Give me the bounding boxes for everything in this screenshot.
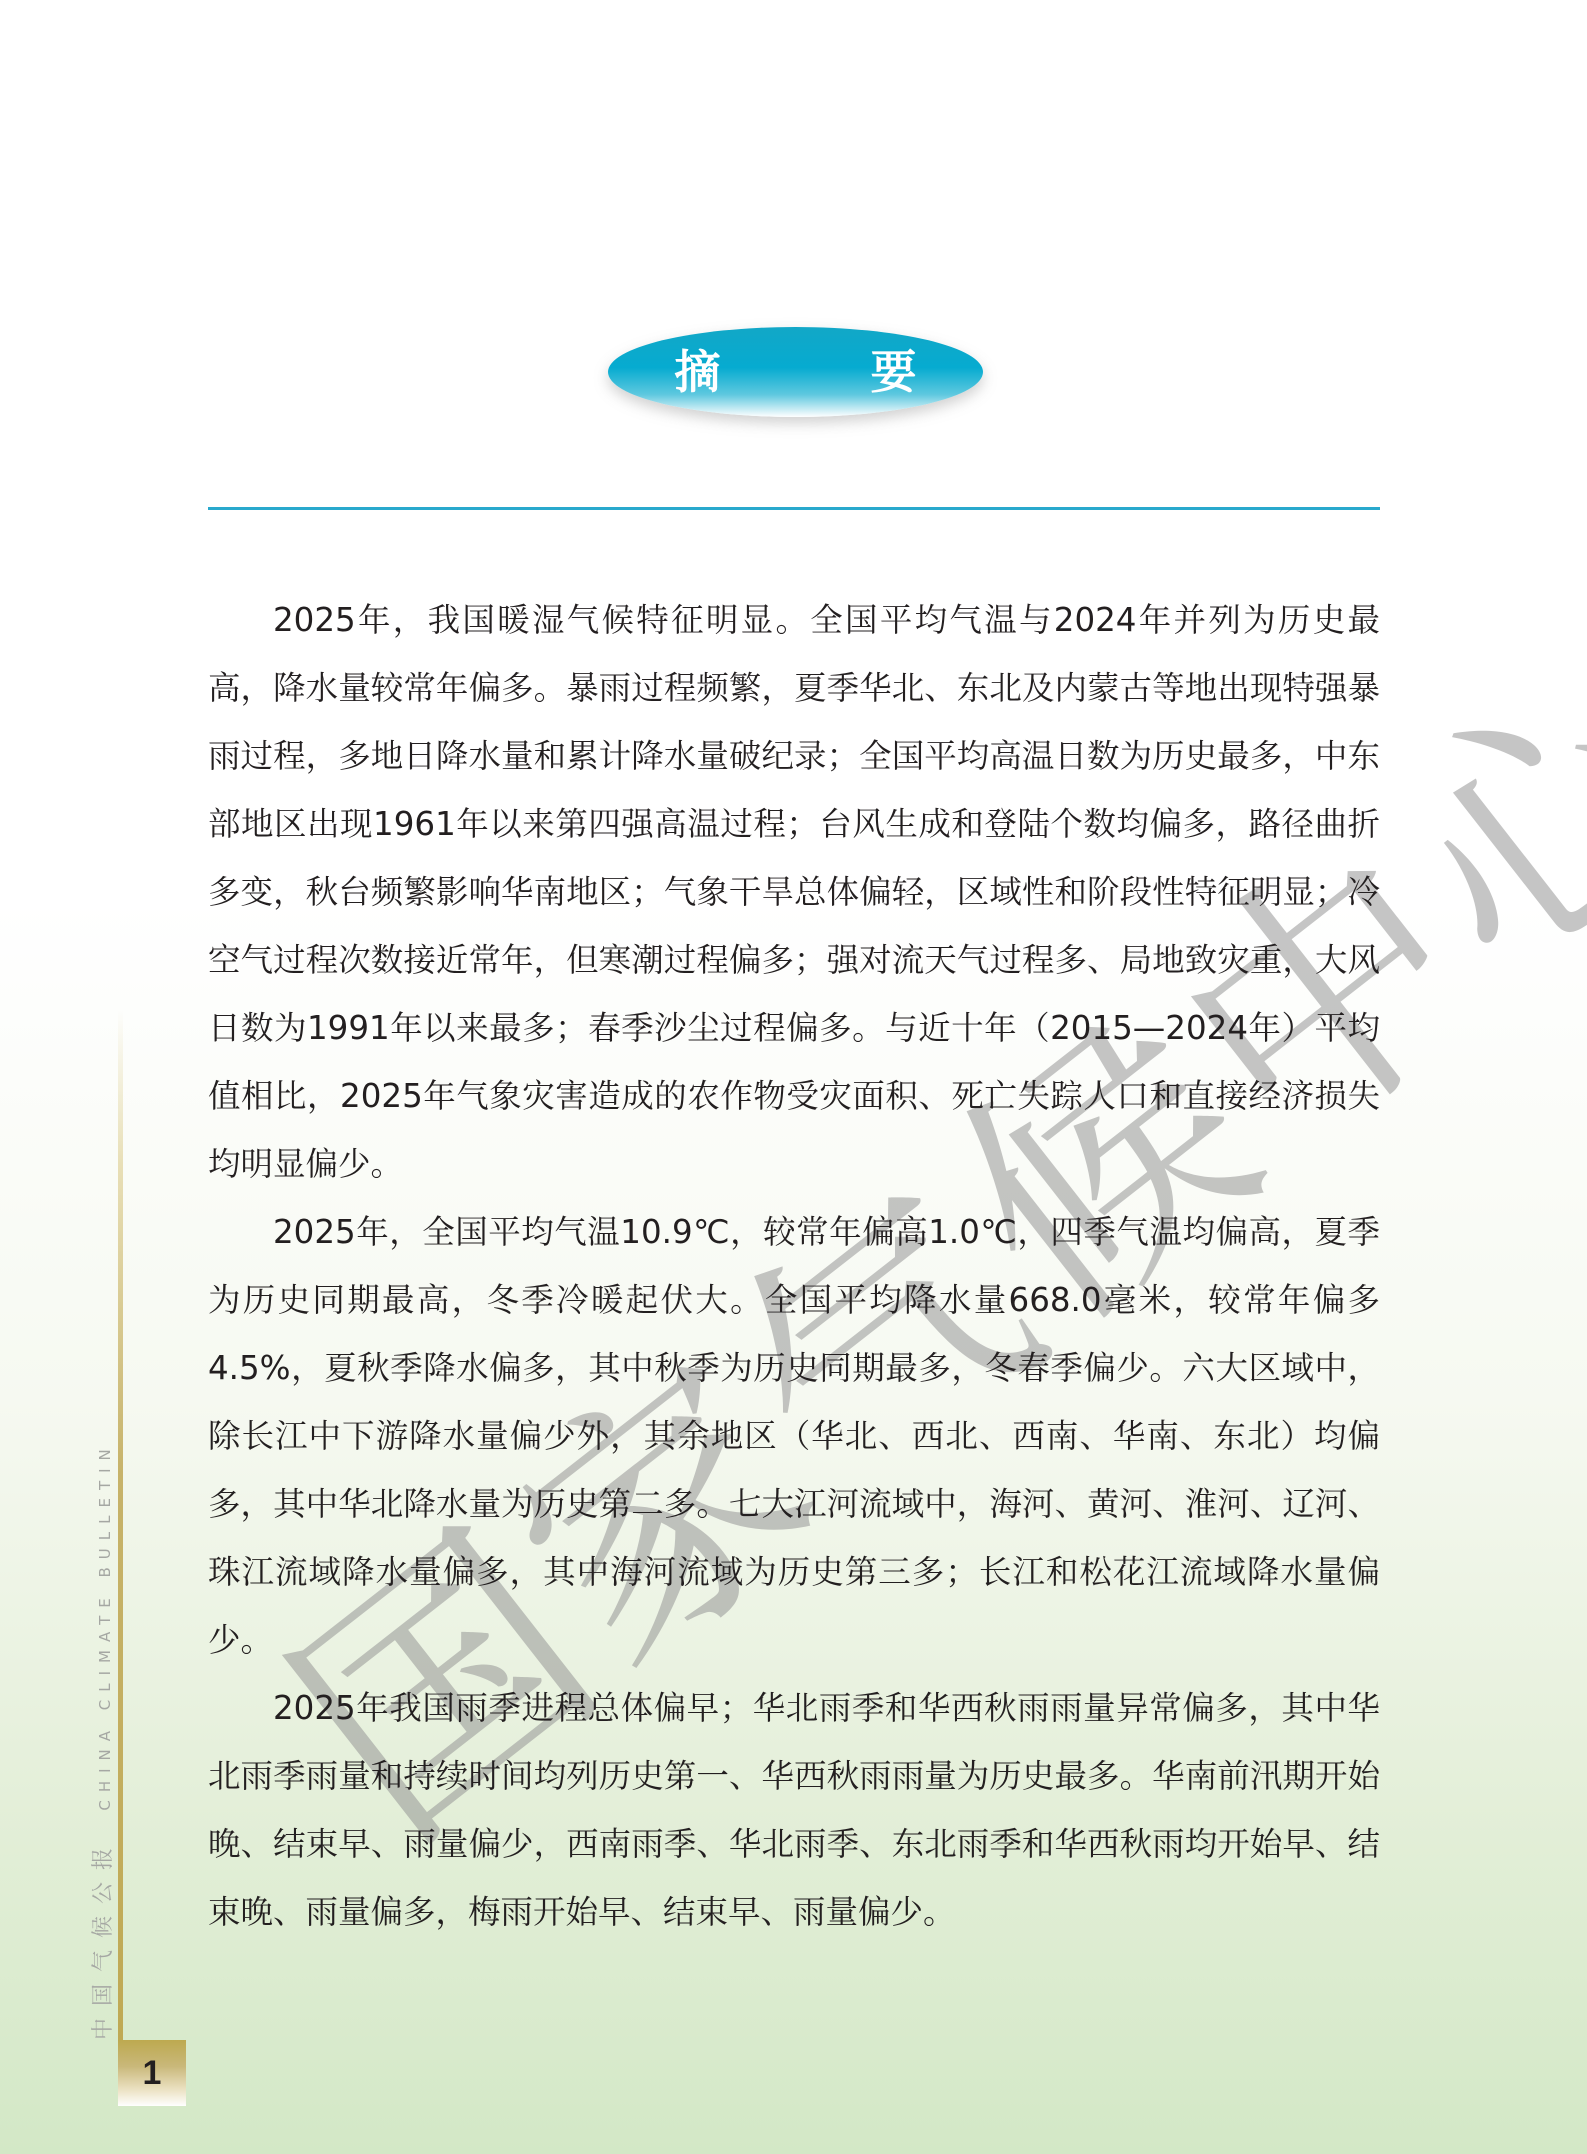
publication-title-en: CHINA CLIMATE BULLETIN bbox=[96, 1441, 114, 1810]
paragraph-1: 2025年，我国暖湿气候特征明显。全国平均气温与2024年并列为历史最高，降水量… bbox=[208, 586, 1380, 1198]
abstract-body: 2025年，我国暖湿气候特征明显。全国平均气温与2024年并列为历史最高，降水量… bbox=[208, 586, 1380, 1946]
page-number: 1 bbox=[143, 2054, 162, 2093]
page-number-badge: 1 bbox=[118, 2040, 186, 2106]
section-title-badge: 摘 要 bbox=[608, 327, 983, 417]
publication-title: 中国气候公报 CHINA CLIMATE BULLETIN bbox=[86, 1441, 117, 2040]
publication-title-cn: 中国气候公报 bbox=[91, 1836, 116, 2040]
paragraph-3: 2025年我国雨季进程总体偏早；华北雨季和华西秋雨雨量异常偏多，其中华北雨季雨量… bbox=[208, 1674, 1380, 1946]
sidebar-gold-line bbox=[118, 1010, 123, 2040]
section-title: 摘 要 bbox=[675, 349, 969, 395]
title-divider bbox=[208, 507, 1380, 510]
paragraph-2: 2025年，全国平均气温10.9℃，较常年偏高1.0℃，四季气温均偏高，夏季为历… bbox=[208, 1198, 1380, 1674]
